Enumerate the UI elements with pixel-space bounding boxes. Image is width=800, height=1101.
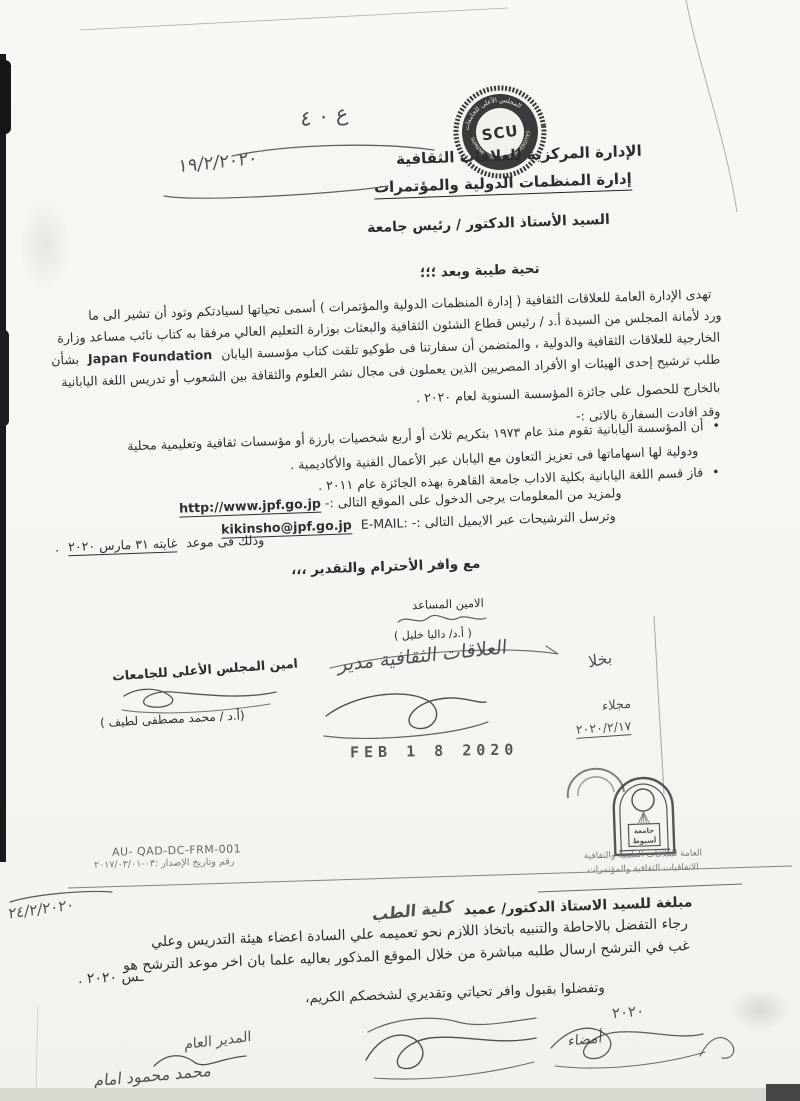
scanned-letter-page: المجلس الأعلى للجامعات SUPREME COUNCIL O… (0, 0, 800, 1101)
memo-middle-signature-scribble (358, 1012, 543, 1084)
body-line-5: بالخارج للحصول على جائزة المؤسسة السنوية… (415, 380, 720, 406)
issue-number-line: رقم وتاريخ الإصدار :٠٣-٢٠١٧/٠٣/٠١ (94, 856, 235, 871)
email-label: وترسل الترشيحات عبر الايميل التالى :- (412, 508, 616, 530)
scu-seal-stamp: المجلس الأعلى للجامعات SUPREME COUNCIL O… (446, 78, 554, 186)
salutation-line: تحية طيبة وبعد ؛؛؛ (420, 261, 540, 281)
memo-title-printed: مبلغة للسيد الاستاذ الدكتور/ عميد (463, 894, 692, 918)
bullet-dot: • (712, 464, 720, 479)
handwritten-top-underline (158, 184, 393, 204)
deadline-date: غايته ٣١ مارس ٢٠٢٠ (68, 535, 178, 556)
emblem-word-2: أسيوط (632, 836, 656, 846)
handwritten-right-note-2: مجلاء (602, 696, 632, 714)
dept-line-2: الاتفاقيات الثقافية والمؤتمرات (548, 862, 738, 877)
big-signature-swirl (318, 684, 493, 744)
memo-right-signature-scribble (545, 1018, 710, 1073)
handwritten-right-date: ٢٠٢٠/٢/١٧ (575, 718, 631, 739)
website-url: http://www.jpf.go.jp (179, 496, 321, 518)
manager-name-handwritten: محمد محمود امام (93, 1061, 212, 1091)
handwritten-top-date: ١٩/٢/٢٠٢٠ (178, 148, 258, 178)
scan-smudge-1 (730, 990, 790, 1030)
emblem-word-1: جامعة (634, 827, 654, 836)
handwritten-top-swoosh (228, 140, 438, 162)
dept-line-1: العامة للعلاقات العلمية والثقافية (548, 848, 738, 863)
council-secretary-title: امين المجلس الأعلى للجامعات (112, 656, 299, 684)
handwritten-right-note-1: بخلا (588, 647, 613, 671)
scan-bottom-band (0, 1088, 800, 1101)
scan-smudge-2 (20, 200, 70, 290)
scan-edge-band (0, 54, 6, 862)
deadline-text: وذلك فى موعد (186, 532, 265, 550)
assistant-signature-scribble (396, 610, 488, 628)
scan-edge-blob-2 (0, 330, 9, 426)
bullet-dot: • (712, 418, 720, 433)
header-line-2: إدارة المنظمات الدولية والمؤتمرات (374, 170, 632, 200)
recipient-line: السيد الأستاذ الدكتور / رئيس جامعة (367, 212, 610, 236)
japan-foundation-text: Japan Foundation (88, 347, 213, 366)
scan-bottom-corner-block (766, 1084, 800, 1101)
email-prefix: E-MAIL: (361, 515, 408, 532)
handwritten-top-note: ع ٠ ٤ (300, 101, 349, 132)
body-line-3-b: بشأن (51, 352, 79, 368)
memo-college-handwritten: كلية الطب (371, 897, 454, 925)
scan-edge-blob-1 (0, 60, 11, 134)
deadline-line: وذلك فى موعد غايته ٣١ مارس ٢٠٢٠ . (55, 532, 265, 554)
received-date-stamp: FEB 1 8 2020 (350, 741, 519, 762)
deadline-period: . (55, 540, 60, 555)
memo-far-right-scribble (692, 1026, 752, 1066)
closing-line: مع وافر الأحترام والتقدير ،،، (290, 556, 480, 579)
memo-closing-line: وتفضلوا بقبول وافر تحياتي وتقديري لشخصكم… (305, 980, 605, 1006)
university-emblem-stamp: جامعة أسيوط (604, 769, 682, 860)
memo-line-3: ـس ٢٠٢٠ . (78, 969, 144, 987)
